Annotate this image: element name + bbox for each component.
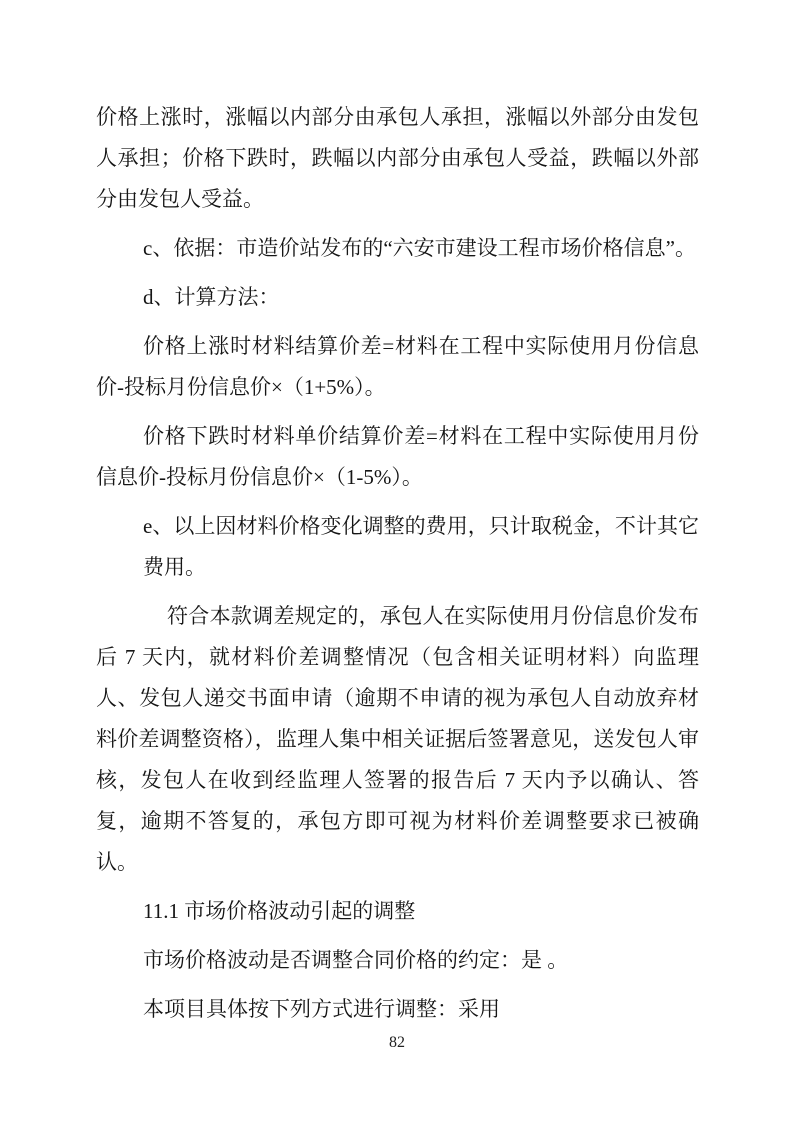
paragraph-market-fluctuation-agreement: 市场价格波动是否调整合同价格的约定：是 。 (96, 940, 699, 981)
paragraph-formula-price-increase: 价格上涨时材料结算价差=材料在工程中实际使用月份信息价-投标月份信息价×（1+5… (96, 326, 699, 408)
document-body: 价格上涨时，涨幅以内部分由承包人承担，涨幅以外部分由发包人承担；价格下跌时，跌幅… (96, 97, 699, 1038)
paragraph-clause-e-fees: e、以上因材料价格变化调整的费用，只计取税金，不计其它费用。 (143, 506, 699, 588)
paragraph-adjustment-procedure: 符合本款调差规定的，承包人在实际使用月份信息价发布后 7 天内，就材料价差调整情… (96, 596, 699, 883)
paragraph-clause-d-method: d、计算方法： (96, 277, 699, 318)
section-11-1-heading: 11.1 市场价格波动引起的调整 (96, 891, 699, 932)
page-footer: 82 (0, 1033, 794, 1053)
paragraph-clause-c-basis: c、依据：市造价站发布的“六安市建设工程市场价格信息”。 (96, 228, 699, 269)
document-page: 价格上涨时，涨幅以内部分由承包人承担，涨幅以外部分由发包人承担；价格下跌时，跌幅… (0, 0, 794, 1122)
paragraph-project-adjustment-method: 本项目具体按下列方式进行调整：采用 (96, 989, 699, 1030)
paragraph-formula-price-decrease: 价格下跌时材料单价结算价差=材料在工程中实际使用月份信息价-投标月份信息价×（1… (96, 416, 699, 498)
page-number: 82 (389, 1034, 405, 1051)
paragraph-price-rise-fall-allocation: 价格上涨时，涨幅以内部分由承包人承担，涨幅以外部分由发包人承担；价格下跌时，跌幅… (96, 97, 699, 220)
